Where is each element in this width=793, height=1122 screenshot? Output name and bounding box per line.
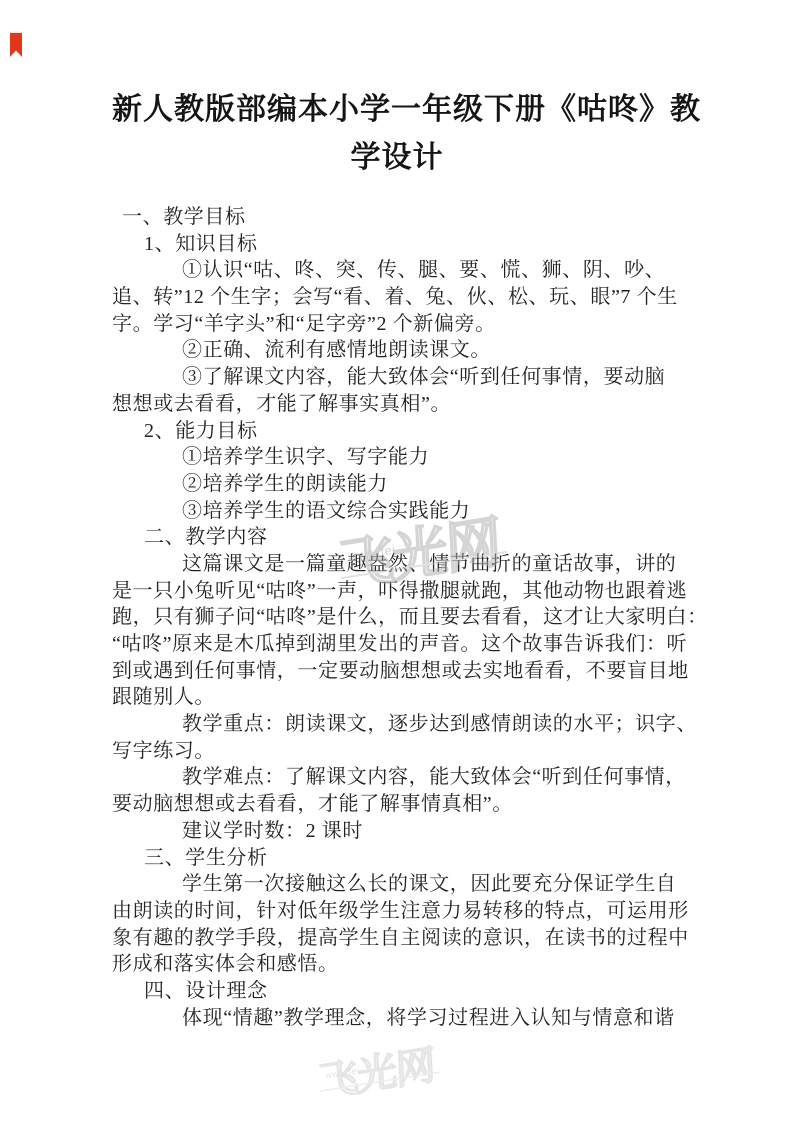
text-line: 二、教学内容: [112, 524, 753, 551]
text-line: 由朗读的时间，针对低年级学生注意力易转移的特点，可运用形: [112, 898, 753, 925]
text-line: 要动脑想想或去看看，才能了解事情真相”。: [112, 791, 753, 818]
text-line: 2、能力目标: [112, 418, 753, 445]
text-line: ①培养学生识字、写字能力: [112, 444, 753, 471]
text-line: 形成和落实体会和感悟。: [112, 951, 753, 978]
text-line: ③培养学生的语文综合实践能力: [112, 498, 753, 525]
text-line: 建议学时数：2 课时: [112, 818, 753, 845]
text-line: 写字练习。: [112, 738, 753, 765]
text-line: 体现“情趣”教学理念，将学习过程进入认知与情意和谐: [112, 1005, 753, 1032]
watermark-logo-text: 飞光网: [317, 1033, 435, 1109]
text-line: ②培养学生的朗读能力: [112, 471, 753, 498]
text-line: 学生第一次接触这么长的课文，因此要充分保证学生自: [112, 871, 753, 898]
text-line: 三、学生分析: [112, 845, 753, 872]
text-line: 跟随别人。: [112, 684, 753, 711]
text-line: “咕咚”原来是木瓜掉到湖里发出的声音。这个故事告诉我们：听: [112, 631, 753, 658]
text-line: 四、设计理念: [112, 978, 753, 1005]
text-line: ③了解课文内容，能大致体会“听到任何事情，要动脑: [112, 364, 753, 391]
text-line: 1、知识目标: [112, 231, 753, 258]
text-line: 到或遇到任何事情，一定要动脑想想或去实地看看，不要盲目地: [112, 658, 753, 685]
document-body: 一、教学目标1、知识目标①认识“咕、咚、突、传、腿、要、慌、狮、阴、吵、追、转”…: [112, 204, 753, 1031]
text-line: 象有趣的教学手段，提高学生自主阅读的意识，在读书的过程中: [112, 925, 753, 952]
text-line: 这篇课文是一篇童趣盎然、情节曲折的童话故事，讲的: [112, 551, 753, 578]
document-title: 新人教版部编本小学一年级下册《咕咚》教 学设计: [112, 86, 682, 182]
text-line: 字。学习“羊字头”和“足字旁”2 个新偏旁。: [112, 311, 753, 338]
title-line-1: 新人教版部编本小学一年级下册《咕咚》教: [112, 86, 682, 134]
text-line: 是一只小兔听见“咕咚”一声，吓得撒腿就跑，其他动物也跟着逃: [112, 578, 753, 605]
page-content: 新人教版部编本小学一年级下册《咕咚》教 学设计 一、教学目标1、知识目标①认识“…: [0, 0, 793, 1031]
red-bookmark-icon: [9, 32, 23, 59]
watermark-url-text: www.fei: [325, 1065, 361, 1080]
document-page: 飞光网 www.fei 飞光网 www.fei 新人教版部编本小学一年级下册《咕…: [0, 0, 793, 1122]
text-line: 一、教学目标: [112, 204, 753, 231]
text-line: 想想或去看看，才能了解事实真相”。: [112, 391, 753, 418]
text-line: ②正确、流利有感情地朗读课文。: [112, 337, 753, 364]
text-line: 教学难点：了解课文内容，能大致体会“听到任何事情，: [112, 764, 753, 791]
text-line: 教学重点：朗读课文，逐步达到感情朗读的水平；识字、: [112, 711, 753, 738]
watermark-bottom: 飞光网 www.fei: [318, 1042, 435, 1100]
text-line: ①认识“咕、咚、突、传、腿、要、慌、狮、阴、吵、: [112, 257, 753, 284]
text-line: 追、转”12 个生字；会写“看、着、兔、伙、松、玩、眼”7 个生: [112, 284, 753, 311]
watermark-underline: [320, 1071, 440, 1091]
text-line: 跑，只有狮子问“咕咚”是什么，而且要去看看，这才让大家明白：: [112, 604, 753, 631]
title-line-2: 学设计: [112, 134, 682, 182]
